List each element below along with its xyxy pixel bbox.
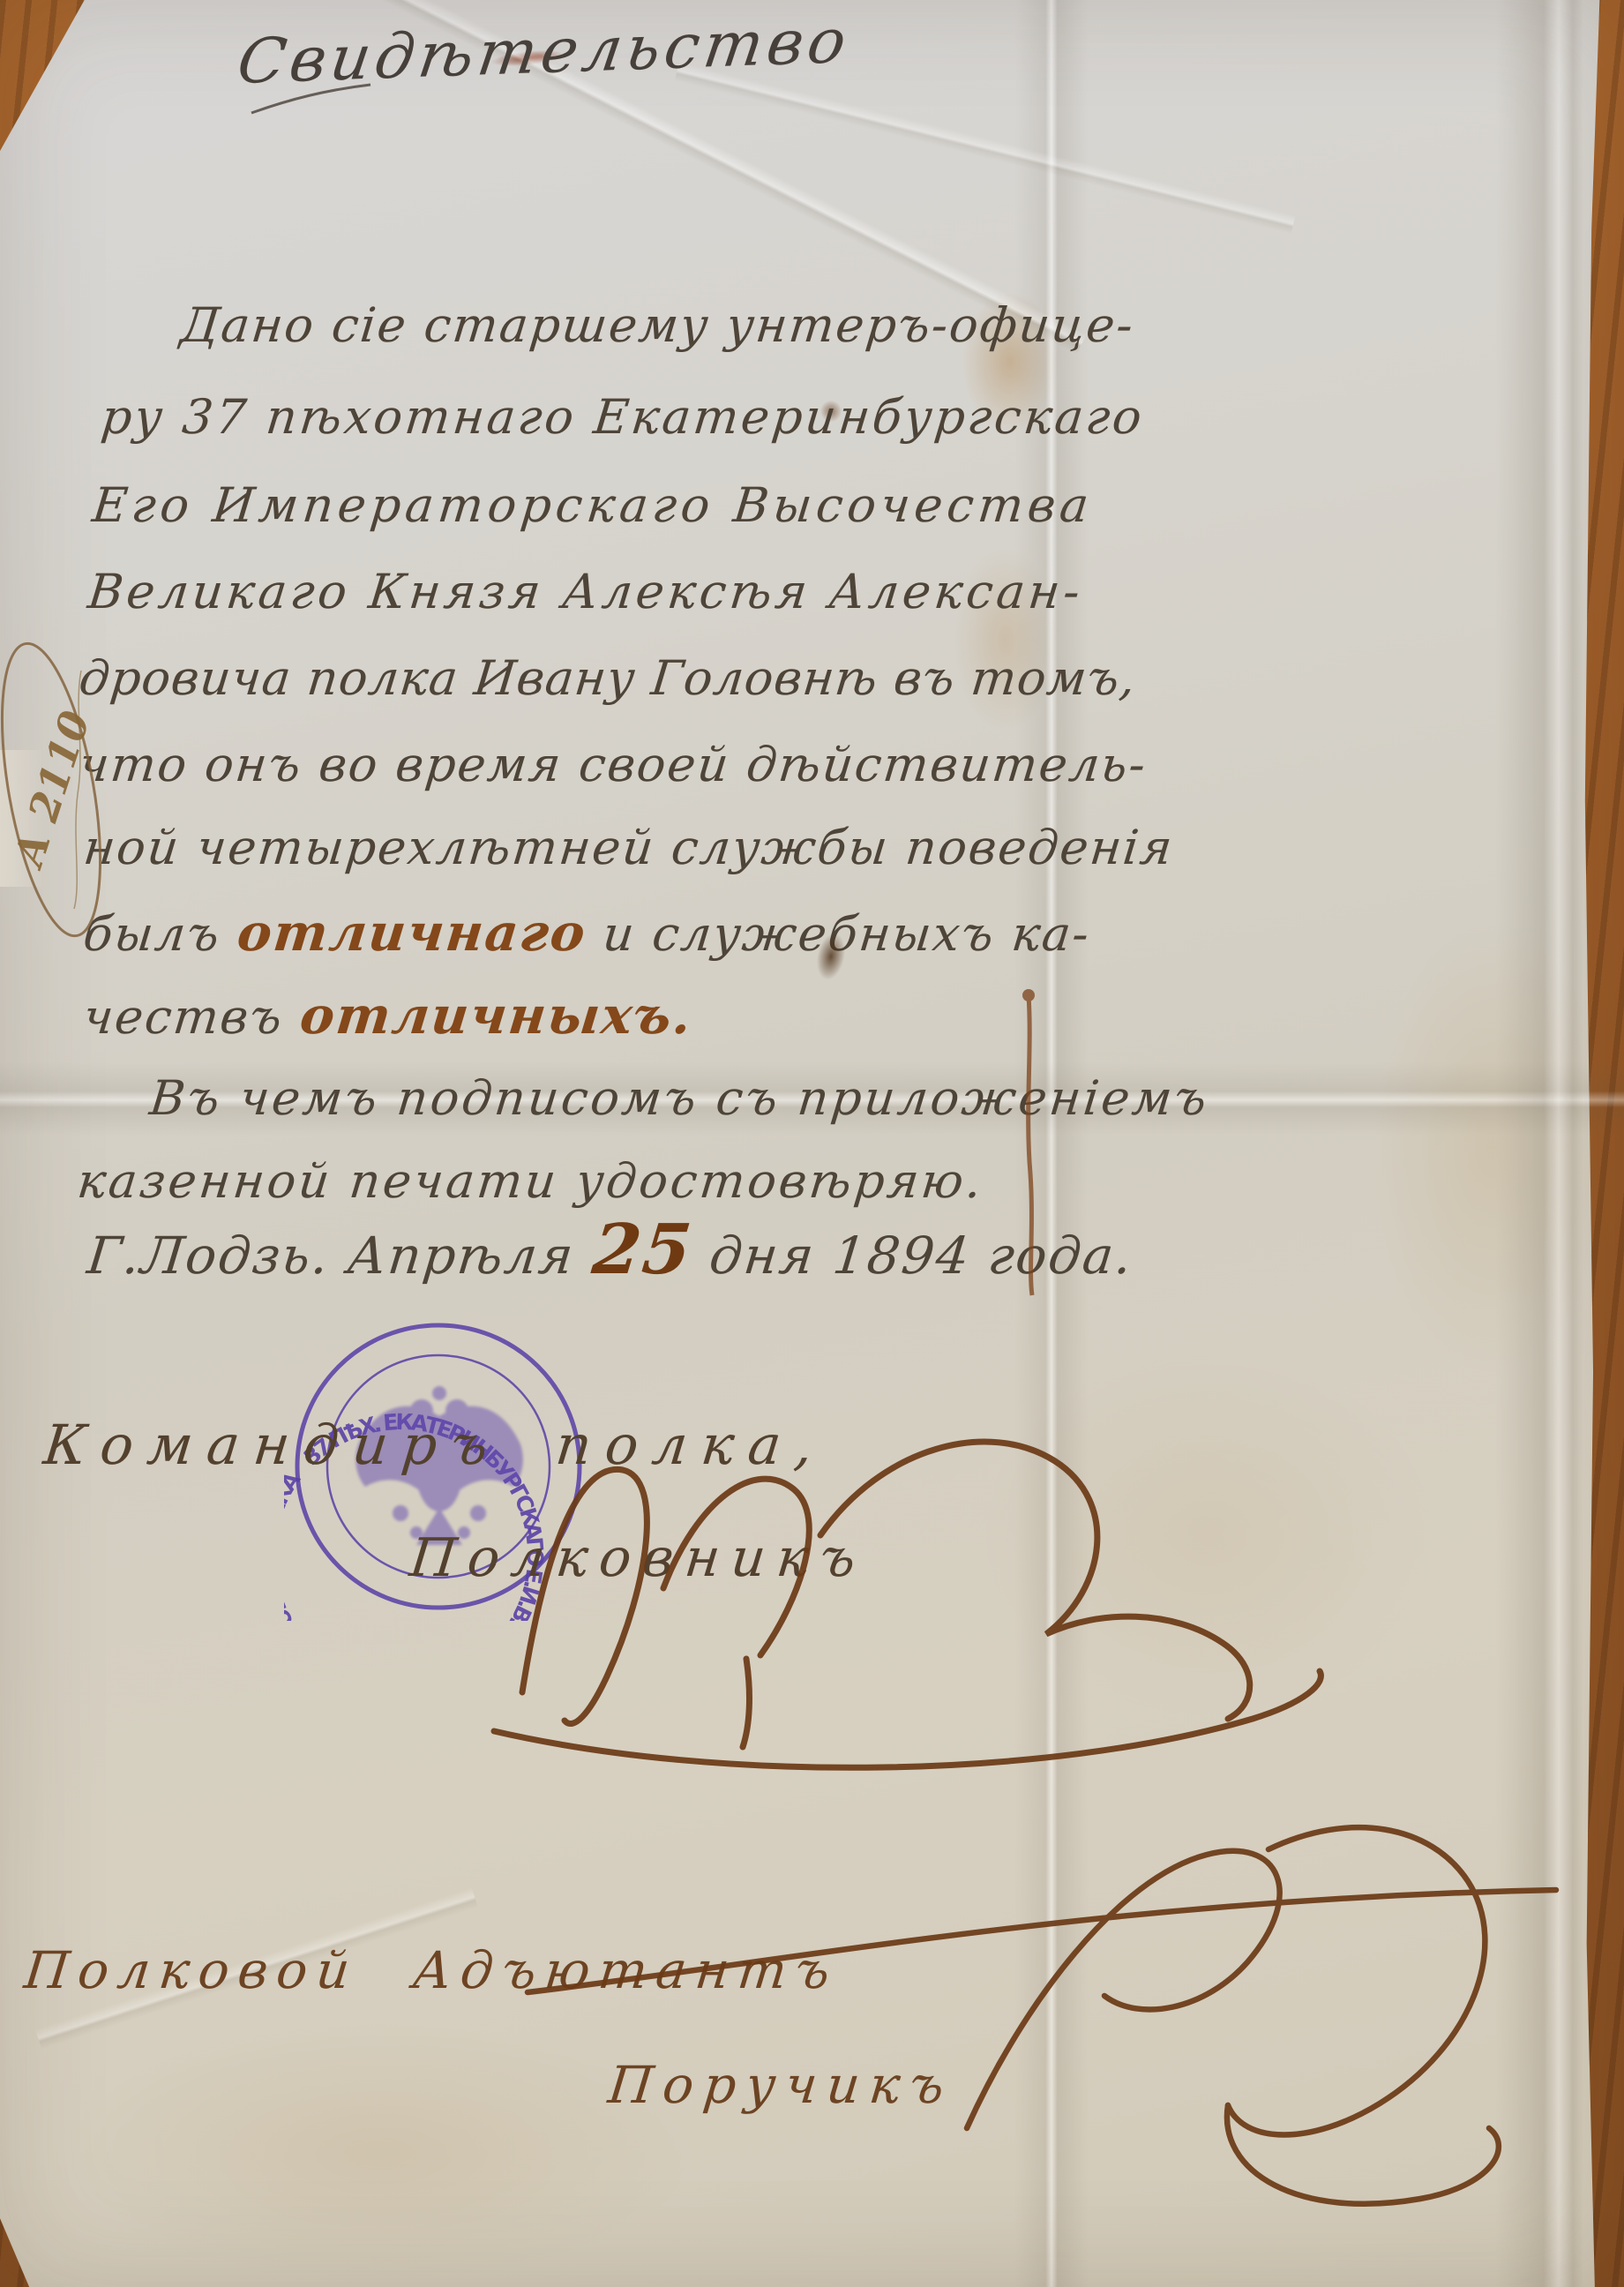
body-line: что онъ во время своей дѣйствитель- bbox=[77, 738, 1150, 792]
body-text: Дано сіе старшему унтеръ-офице- bbox=[178, 297, 1137, 353]
document-photo: Свидѣтельство Дано сіе старшему унтеръ-о… bbox=[0, 0, 1624, 2287]
body-line: Дано сіе старшему унтеръ-офице- bbox=[178, 298, 1137, 353]
body-text: Въ чемъ подписомъ съ приложеніемъ bbox=[147, 1070, 1212, 1126]
closing-line: Въ чемъ подписомъ съ приложеніемъ bbox=[147, 1071, 1212, 1126]
body-text: что онъ во время своей дѣйствитель- bbox=[77, 737, 1150, 792]
place-and-month: Г.Лодзь. Апрѣля bbox=[85, 1226, 596, 1286]
body-text: Великаго Князя Алексѣя Алексан- bbox=[86, 564, 1086, 619]
body-text: ной четырехлѣтней службы поведенія bbox=[81, 820, 1177, 875]
closing-line: казенной печати удостовѣряю. bbox=[75, 1154, 987, 1209]
body-line: Великаго Князя Алексѣя Алексан- bbox=[86, 565, 1086, 619]
body-line: чествъ отличныхъ. bbox=[80, 986, 695, 1046]
commander-title: Командиръ полка, bbox=[41, 1413, 829, 1476]
body-text: ру 37 пѣхотнаго Екатеринбургскаго bbox=[99, 389, 1147, 445]
body-line: дровича полка Ивану Головнѣ въ томъ, bbox=[77, 651, 1139, 706]
commander-rank: Полковникъ bbox=[407, 1528, 870, 1589]
body-text: дровича полка Ивану Головнѣ въ томъ, bbox=[77, 650, 1139, 706]
body-line: Его Императорскаго Высочества bbox=[90, 478, 1096, 533]
dateline: Г.Лодзь. Апрѣля 25 дня 1894 года. bbox=[84, 1211, 1138, 1290]
body-text: Его Императорскаго Высочества bbox=[90, 477, 1096, 533]
graded-word-qualities: отличныхъ. bbox=[297, 986, 696, 1046]
adjutant-title: Полковой Адъютантъ bbox=[21, 1941, 841, 2000]
graded-word-conduct: отличнаго bbox=[235, 903, 589, 963]
year-text: дня 1894 года. bbox=[689, 1226, 1136, 1286]
body-text: казенной печати удостовѣряю. bbox=[75, 1153, 987, 1209]
body-line: ной четырехлѣтней службы поведенія bbox=[81, 821, 1177, 875]
body-text: и служебныхъ ка- bbox=[583, 906, 1093, 962]
body-text: чествъ bbox=[81, 989, 303, 1045]
body-text: былъ bbox=[81, 906, 241, 962]
body-line: ру 37 пѣхотнаго Екатеринбургскаго bbox=[99, 390, 1147, 445]
body-line: былъ отличнаго и служебныхъ ка- bbox=[80, 904, 1093, 963]
day-number: 25 bbox=[589, 1210, 697, 1290]
adjutant-rank: Поручикъ bbox=[605, 2056, 956, 2115]
